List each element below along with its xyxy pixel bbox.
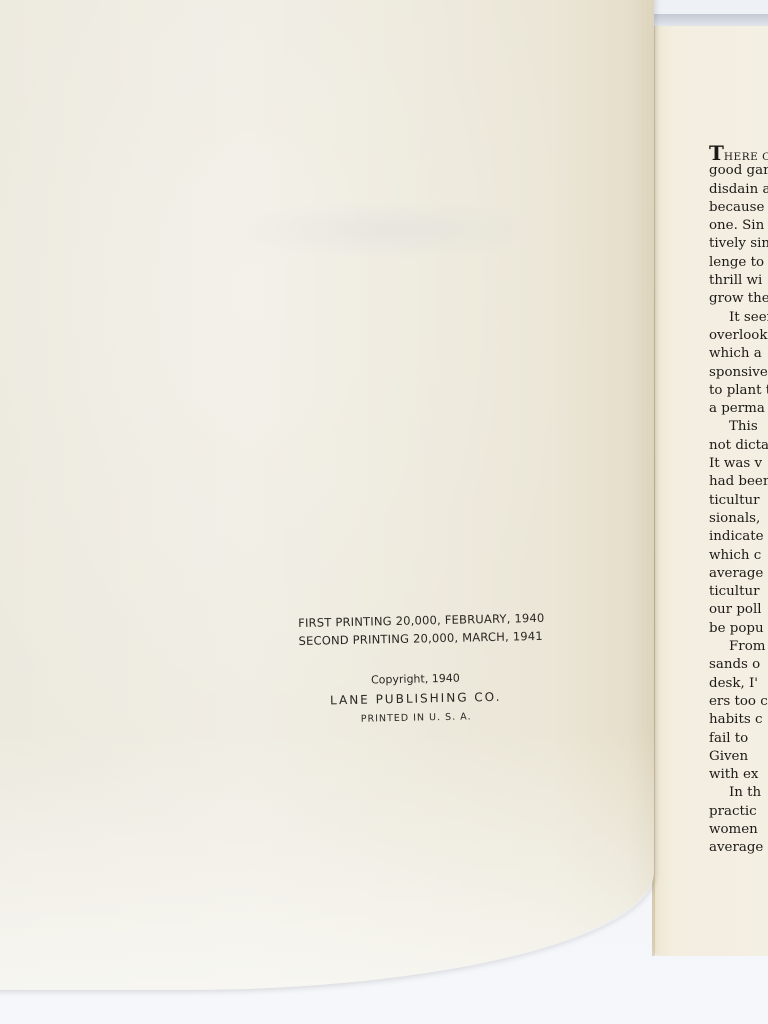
right-page-body-text: THERE C good gar disdain a because t one… — [709, 144, 768, 858]
text-line: This — [709, 418, 768, 436]
text-line: good gar — [709, 162, 768, 180]
text-line: disdain a — [709, 181, 768, 199]
copyright-block: Copyright, 1940 LANE PUBLISHING CO. PRIN… — [299, 667, 532, 732]
text-line: practic — [709, 803, 768, 821]
text-line: lenge to — [709, 254, 768, 272]
text-line: ers too c — [709, 693, 768, 711]
text-line: women — [709, 821, 768, 839]
text-line: It seen — [709, 309, 768, 327]
text-line: ticultur — [709, 492, 768, 510]
imprint-block: FIRST PRINTING 20,000, FEBRUARY, 1940 SE… — [298, 609, 550, 732]
text-line: desk, I' — [709, 675, 768, 693]
text-line: grow the — [709, 290, 768, 308]
show-through-title — [230, 200, 550, 260]
left-page — [0, 0, 654, 990]
text-line: average — [709, 839, 768, 857]
text-line: thrill wi — [709, 272, 768, 290]
text-line: It was v — [709, 455, 768, 473]
text-line: because t — [709, 199, 768, 217]
text-line: had been — [709, 473, 768, 491]
text-line: indicate — [709, 528, 768, 546]
text-line: sands o — [709, 656, 768, 674]
text-line: sionals, — [709, 510, 768, 528]
text-line: average — [709, 565, 768, 583]
text-line: overlook — [709, 327, 768, 345]
text-line: our poll — [709, 601, 768, 619]
text-line: In th — [709, 784, 768, 802]
text-line: habits c — [709, 711, 768, 729]
text-line: not dicta — [709, 437, 768, 455]
right-page: THERE C good gar disdain a because t one… — [652, 26, 768, 956]
text-line: to plant t — [709, 382, 768, 400]
text-line: THERE C — [709, 144, 768, 162]
text-line: be popu — [709, 620, 768, 638]
small-caps-lead: HERE C — [724, 151, 768, 163]
text-line: which a — [709, 345, 768, 363]
text-line: a perma — [709, 400, 768, 418]
second-printing-line: SECOND PRINTING 20,000, MARCH, 1941 — [298, 627, 548, 650]
text-line: fail to — [709, 730, 768, 748]
text-line: ticultur — [709, 583, 768, 601]
text-line: which c — [709, 547, 768, 565]
text-line: tively sin — [709, 235, 768, 253]
text-line: Given — [709, 748, 768, 766]
text-line: From — [709, 638, 768, 656]
text-line: with ex — [709, 766, 768, 784]
text-line: sponsive — [709, 364, 768, 382]
text-line: one. Sin — [709, 217, 768, 235]
